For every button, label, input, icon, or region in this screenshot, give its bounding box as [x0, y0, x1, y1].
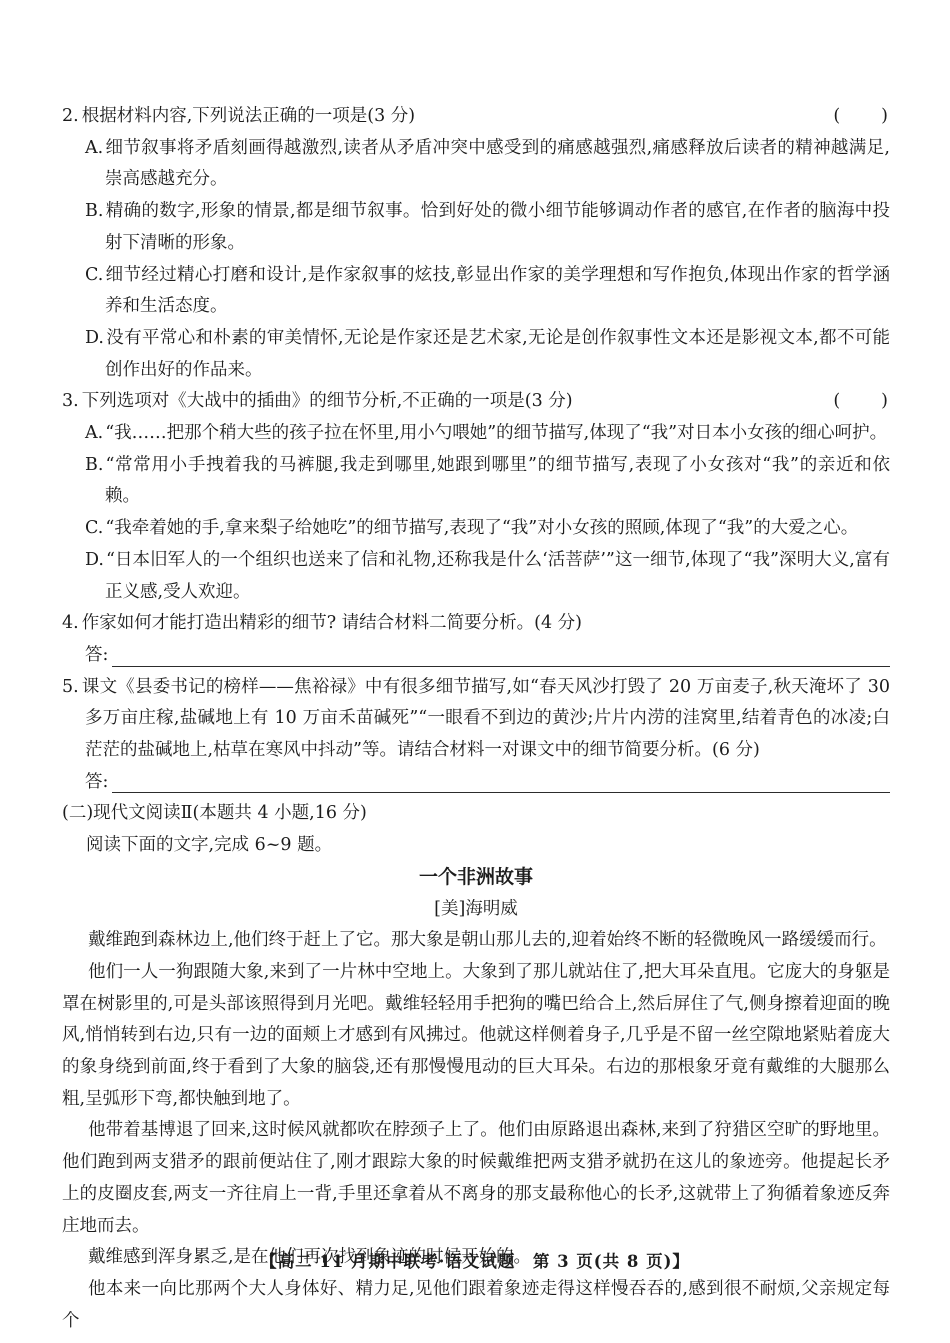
question-3-answer-bracket: ( )	[833, 386, 890, 418]
question-2-option-b: B.精确的数字,形象的情景,都是细节叙事。恰到好处的微小细节能够调动作者的感官,…	[85, 196, 890, 259]
story-paragraph-2: 他们一人一狗跟随大象,来到了一片林中空地上。大象到了那儿就站住了,把大耳朵直甩。…	[62, 957, 890, 1116]
question-3-number: 3.	[62, 391, 82, 411]
exam-page: 2.根据材料内容,下列说法正确的一项是(3 分) ( ) A.细节叙事将矛盾刻画…	[0, 0, 950, 1343]
question-2: 2.根据材料内容,下列说法正确的一项是(3 分) ( ) A.细节叙事将矛盾刻画…	[62, 101, 890, 386]
question-3-option-c: C.“我牵着她的手,拿来梨子给她吃”的细节描写,表现了“我”对小女孩的照顾,体现…	[85, 513, 890, 545]
question-2-option-c: C.细节经过精心打磨和设计,是作家叙事的炫技,彰显出作家的美学理想和写作抱负,体…	[85, 260, 890, 323]
reading-instruction: 阅读下面的文字,完成 6~9 题。	[62, 830, 890, 862]
story-paragraph-3: 他带着基博退了回来,这时候风就都吹在脖颈子上了。他们由原路退出森林,来到了狩猎区…	[62, 1115, 890, 1242]
question-3-stem-row: 3.下列选项对《大战中的插曲》的细节分析,不正确的一项是(3 分) ( )	[62, 386, 890, 418]
question-3-option-b: B.“常常用小手拽着我的马裤腿,我走到哪里,她跟到哪里”的细节描写,表现了小女孩…	[85, 450, 890, 513]
option-d-text: “日本旧军人的一个组织也送来了信和礼物,还称我是什么‘活菩萨’”这一细节,体现了…	[105, 550, 890, 602]
option-d-label: D.	[85, 328, 106, 348]
option-c-text: 细节经过精心打磨和设计,是作家叙事的炫技,彰显出作家的美学理想和写作抱负,体现出…	[105, 265, 890, 317]
option-c-label: C.	[85, 518, 105, 538]
question-3-stem-text: 下列选项对《大战中的插曲》的细节分析,不正确的一项是(3 分)	[82, 391, 573, 411]
option-a-text: “我……把那个稍大些的孩子拉在怀里,用小勺喂她”的细节描写,体现了“我”对日本小…	[105, 423, 887, 443]
question-5-answer-label: 答:	[85, 767, 108, 799]
option-c-label: C.	[85, 265, 105, 285]
question-2-stem-row: 2.根据材料内容,下列说法正确的一项是(3 分) ( )	[62, 101, 890, 133]
question-2-answer-bracket: ( )	[833, 101, 890, 133]
question-5-answer-row: 答:	[85, 767, 890, 799]
question-2-option-a: A.细节叙事将矛盾刻画得越激烈,读者从矛盾冲突中感受到的痛感越强烈,痛感释放后读…	[85, 133, 890, 196]
question-5-stem-text: 课文《县委书记的榜样——焦裕禄》中有很多细节描写,如“春天风沙打毁了 20 万亩…	[82, 677, 890, 760]
question-2-option-d: D.没有平常心和朴素的审美情怀,无论是作家还是艺术家,无论是创作叙事性文本还是影…	[85, 323, 890, 386]
question-3-stem: 3.下列选项对《大战中的插曲》的细节分析,不正确的一项是(3 分)	[62, 386, 890, 418]
question-4-answer-row: 答:	[85, 640, 890, 672]
option-c-text: “我牵着她的手,拿来梨子给她吃”的细节描写,表现了“我”对小女孩的照顾,体现了“…	[105, 518, 858, 538]
question-2-number: 2.	[62, 106, 82, 126]
question-4-number: 4.	[62, 613, 82, 633]
page-footer: 【高二 11 月期中联考·语文试题 第 3 页(共 8 页)】	[0, 1248, 950, 1272]
option-b-text: “常常用小手拽着我的马裤腿,我走到哪里,她跟到哪里”的细节描写,表现了小女孩对“…	[105, 455, 890, 507]
story-paragraph-1: 戴维跑到森林边上,他们终于赶上了它。那大象是朝山那儿去的,迎着始终不断的轻微晚风…	[62, 925, 890, 957]
option-d-text: 没有平常心和朴素的审美情怀,无论是作家还是艺术家,无论是创作叙事性文本还是影视文…	[105, 328, 890, 380]
option-b-text: 精确的数字,形象的情景,都是细节叙事。恰到好处的微小细节能够调动作者的感官,在作…	[105, 201, 890, 253]
question-5-stem: 5.课文《县委书记的榜样——焦裕禄》中有很多细节描写,如“春天风沙打毁了 20 …	[62, 672, 890, 767]
question-4: 4.作家如何才能打造出精彩的细节? 请结合材料二简要分析。(4 分) 答:	[62, 608, 890, 671]
question-4-answer-blank	[112, 640, 890, 667]
option-d-label: D.	[85, 550, 106, 570]
question-4-stem: 4.作家如何才能打造出精彩的细节? 请结合材料二简要分析。(4 分)	[62, 608, 890, 640]
question-4-answer-label: 答:	[85, 640, 108, 672]
question-3-option-a: A.“我……把那个稍大些的孩子拉在怀里,用小勺喂她”的细节描写,体现了“我”对日…	[85, 418, 890, 450]
option-a-text: 细节叙事将矛盾刻画得越激烈,读者从矛盾冲突中感受到的痛感越强烈,痛感释放后读者的…	[105, 138, 890, 190]
page-content: 2.根据材料内容,下列说法正确的一项是(3 分) ( ) A.细节叙事将矛盾刻画…	[62, 101, 890, 1337]
option-b-label: B.	[85, 201, 105, 221]
question-3-option-d: D.“日本旧军人的一个组织也送来了信和礼物,还称我是什么‘活菩萨’”这一细节,体…	[85, 545, 890, 608]
question-2-stem-text: 根据材料内容,下列说法正确的一项是(3 分)	[82, 106, 415, 126]
question-4-stem-text: 作家如何才能打造出精彩的细节? 请结合材料二简要分析。(4 分)	[82, 613, 582, 633]
question-2-stem: 2.根据材料内容,下列说法正确的一项是(3 分)	[62, 101, 890, 133]
question-5-number: 5.	[62, 677, 82, 697]
option-a-label: A.	[85, 138, 105, 158]
question-5: 5.课文《县委书记的榜样——焦裕禄》中有很多细节描写,如“春天风沙打毁了 20 …	[62, 672, 890, 799]
story-title: 一个非洲故事	[62, 862, 890, 894]
option-a-label: A.	[85, 423, 105, 443]
section-2-heading: (二)现代文阅读Ⅱ(本题共 4 小题,16 分)	[62, 798, 890, 830]
option-b-label: B.	[85, 455, 105, 475]
question-5-answer-blank	[112, 767, 890, 794]
question-3: 3.下列选项对《大战中的插曲》的细节分析,不正确的一项是(3 分) ( ) A.…	[62, 386, 890, 608]
story-author: [美]海明威	[62, 894, 890, 926]
story-paragraph-5: 他本来一向比那两个大人身体好、精力足,见他们跟着象迹走得这样慢吞吞的,感到很不耐…	[62, 1274, 890, 1337]
